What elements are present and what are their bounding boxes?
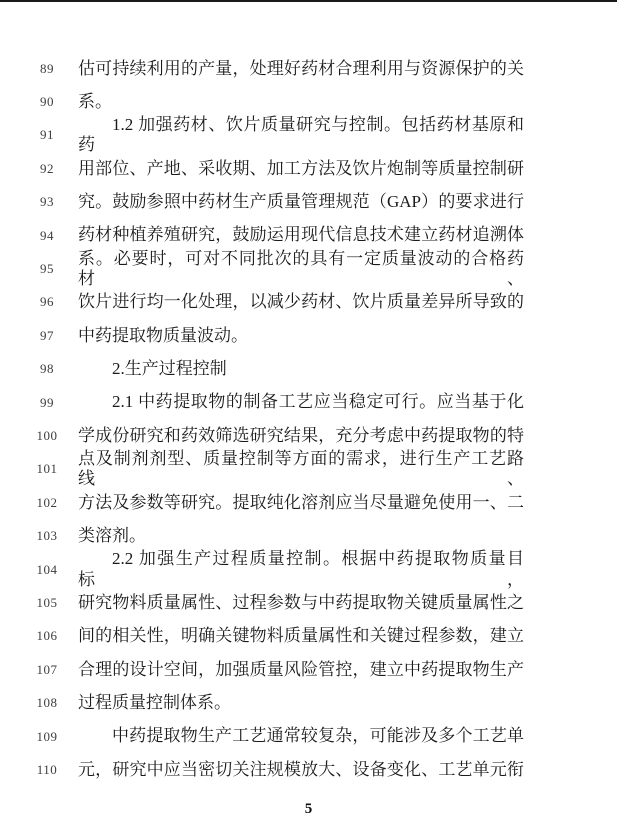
line-text: 方法及参数等研究。提取纯化溶剂应当尽量避免使用一、二 xyxy=(78,493,524,513)
line-text: 过程质量控制体系。 xyxy=(78,693,524,713)
line-text: 2.2 加强生产过程质量控制。根据中药提取物质量目标， xyxy=(78,549,524,590)
line-text: 中药提取物质量波动。 xyxy=(78,326,524,346)
line-number: 97 xyxy=(27,328,67,344)
line-number: 103 xyxy=(27,528,67,544)
text-line: 100 学成份研究和药效筛选研究结果，充分考虑中药提取物的特 xyxy=(0,419,617,452)
text-line: 98 2.生产过程控制 xyxy=(0,353,617,386)
text-line: 109 中药提取物生产工艺通常较复杂，可能涉及多个工艺单 xyxy=(0,720,617,753)
line-number: 94 xyxy=(27,228,67,244)
line-number: 92 xyxy=(27,161,67,177)
line-text: 药材种植养殖研究，鼓励运用现代信息技术建立药材追溯体 xyxy=(78,225,524,245)
line-text: 2.生产过程控制 xyxy=(78,359,524,379)
line-text: 估可持续利用的产量，处理好药材合理利用与资源保护的关 xyxy=(78,59,524,79)
line-text: 研究物料质量属性、过程参数与中药提取物关键质量属性之 xyxy=(78,593,524,613)
line-number: 91 xyxy=(27,127,67,143)
text-line: 94 药材种植养殖研究，鼓励运用现代信息技术建立药材追溯体 xyxy=(0,219,617,252)
line-number: 108 xyxy=(27,695,67,711)
line-number: 110 xyxy=(27,762,67,778)
text-line: 103 类溶剂。 xyxy=(0,519,617,552)
text-line: 107 合理的设计空间，加强质量风险管控，建立中药提取物生产 xyxy=(0,653,617,686)
text-line: 105 研究物料质量属性、过程参数与中药提取物关键质量属性之 xyxy=(0,586,617,619)
line-number: 90 xyxy=(27,94,67,110)
line-text: 2.1 中药提取物的制备工艺应当稳定可行。应当基于化 xyxy=(78,392,524,412)
line-text: 合理的设计空间，加强质量风险管控，建立中药提取物生产 xyxy=(78,660,524,680)
page-top-rule xyxy=(0,0,617,2)
line-number: 107 xyxy=(27,662,67,678)
text-line: 90 系。 xyxy=(0,85,617,118)
page-number: 5 xyxy=(0,801,617,818)
line-text: 类溶剂。 xyxy=(78,526,524,546)
line-number: 98 xyxy=(27,361,67,377)
line-text: 究。鼓励参照中药材生产质量管理规范（GAP）的要求进行 xyxy=(78,192,524,212)
line-number: 104 xyxy=(27,562,67,578)
text-line: 104 2.2 加强生产过程质量控制。根据中药提取物质量目标， xyxy=(0,553,617,586)
document-page: 89 估可持续利用的产量，处理好药材合理利用与资源保护的关 90 系。 91 1… xyxy=(0,0,617,834)
line-number: 89 xyxy=(27,61,67,77)
line-text: 系。 xyxy=(78,92,524,112)
text-line: 96 饮片进行均一化处理，以减少药材、饮片质量差异所导致的 xyxy=(0,286,617,319)
text-line: 95 系。必要时，可对不同批次的具有一定质量波动的合格药材、 xyxy=(0,252,617,285)
line-number: 95 xyxy=(27,261,67,277)
line-number: 102 xyxy=(27,495,67,511)
line-number: 100 xyxy=(27,428,67,444)
line-text: 系。必要时，可对不同批次的具有一定质量波动的合格药材、 xyxy=(78,249,524,290)
text-line: 89 估可持续利用的产量，处理好药材合理利用与资源保护的关 xyxy=(0,52,617,85)
line-number: 109 xyxy=(27,729,67,745)
text-line: 110 元，研究中应当密切关注规模放大、设备变化、工艺单元衔 xyxy=(0,753,617,786)
line-text: 1.2 加强药材、饮片质量研究与控制。包括药材基原和药 xyxy=(78,115,524,156)
line-number: 105 xyxy=(27,595,67,611)
line-number: 106 xyxy=(27,628,67,644)
text-line: 93 究。鼓励参照中药材生产质量管理规范（GAP）的要求进行 xyxy=(0,186,617,219)
line-text: 点及制剂剂型、质量控制等方面的需求，进行生产工艺路线、 xyxy=(78,449,524,490)
line-text: 用部位、产地、采收期、加工方法及饮片炮制等质量控制研 xyxy=(78,159,524,179)
line-text: 元，研究中应当密切关注规模放大、设备变化、工艺单元衔 xyxy=(78,760,524,780)
line-number: 101 xyxy=(27,461,67,477)
line-text: 学成份研究和药效筛选研究结果，充分考虑中药提取物的特 xyxy=(78,426,524,446)
text-line: 106 间的相关性，明确关键物料质量属性和关键过程参数，建立 xyxy=(0,620,617,653)
text-line: 97 中药提取物质量波动。 xyxy=(0,319,617,352)
text-line: 108 过程质量控制体系。 xyxy=(0,686,617,719)
text-line: 99 2.1 中药提取物的制备工艺应当稳定可行。应当基于化 xyxy=(0,386,617,419)
line-number: 99 xyxy=(27,395,67,411)
line-number: 96 xyxy=(27,294,67,310)
line-text: 间的相关性，明确关键物料质量属性和关键过程参数，建立 xyxy=(78,626,524,646)
text-line: 92 用部位、产地、采收期、加工方法及饮片炮制等质量控制研 xyxy=(0,152,617,185)
line-number: 93 xyxy=(27,194,67,210)
text-line: 101 点及制剂剂型、质量控制等方面的需求，进行生产工艺路线、 xyxy=(0,453,617,486)
text-line: 102 方法及参数等研究。提取纯化溶剂应当尽量避免使用一、二 xyxy=(0,486,617,519)
text-line: 91 1.2 加强药材、饮片质量研究与控制。包括药材基原和药 xyxy=(0,119,617,152)
line-text: 饮片进行均一化处理，以减少药材、饮片质量差异所导致的 xyxy=(78,292,524,312)
line-text: 中药提取物生产工艺通常较复杂，可能涉及多个工艺单 xyxy=(78,726,524,746)
document-body: 89 估可持续利用的产量，处理好药材合理利用与资源保护的关 90 系。 91 1… xyxy=(0,52,617,787)
